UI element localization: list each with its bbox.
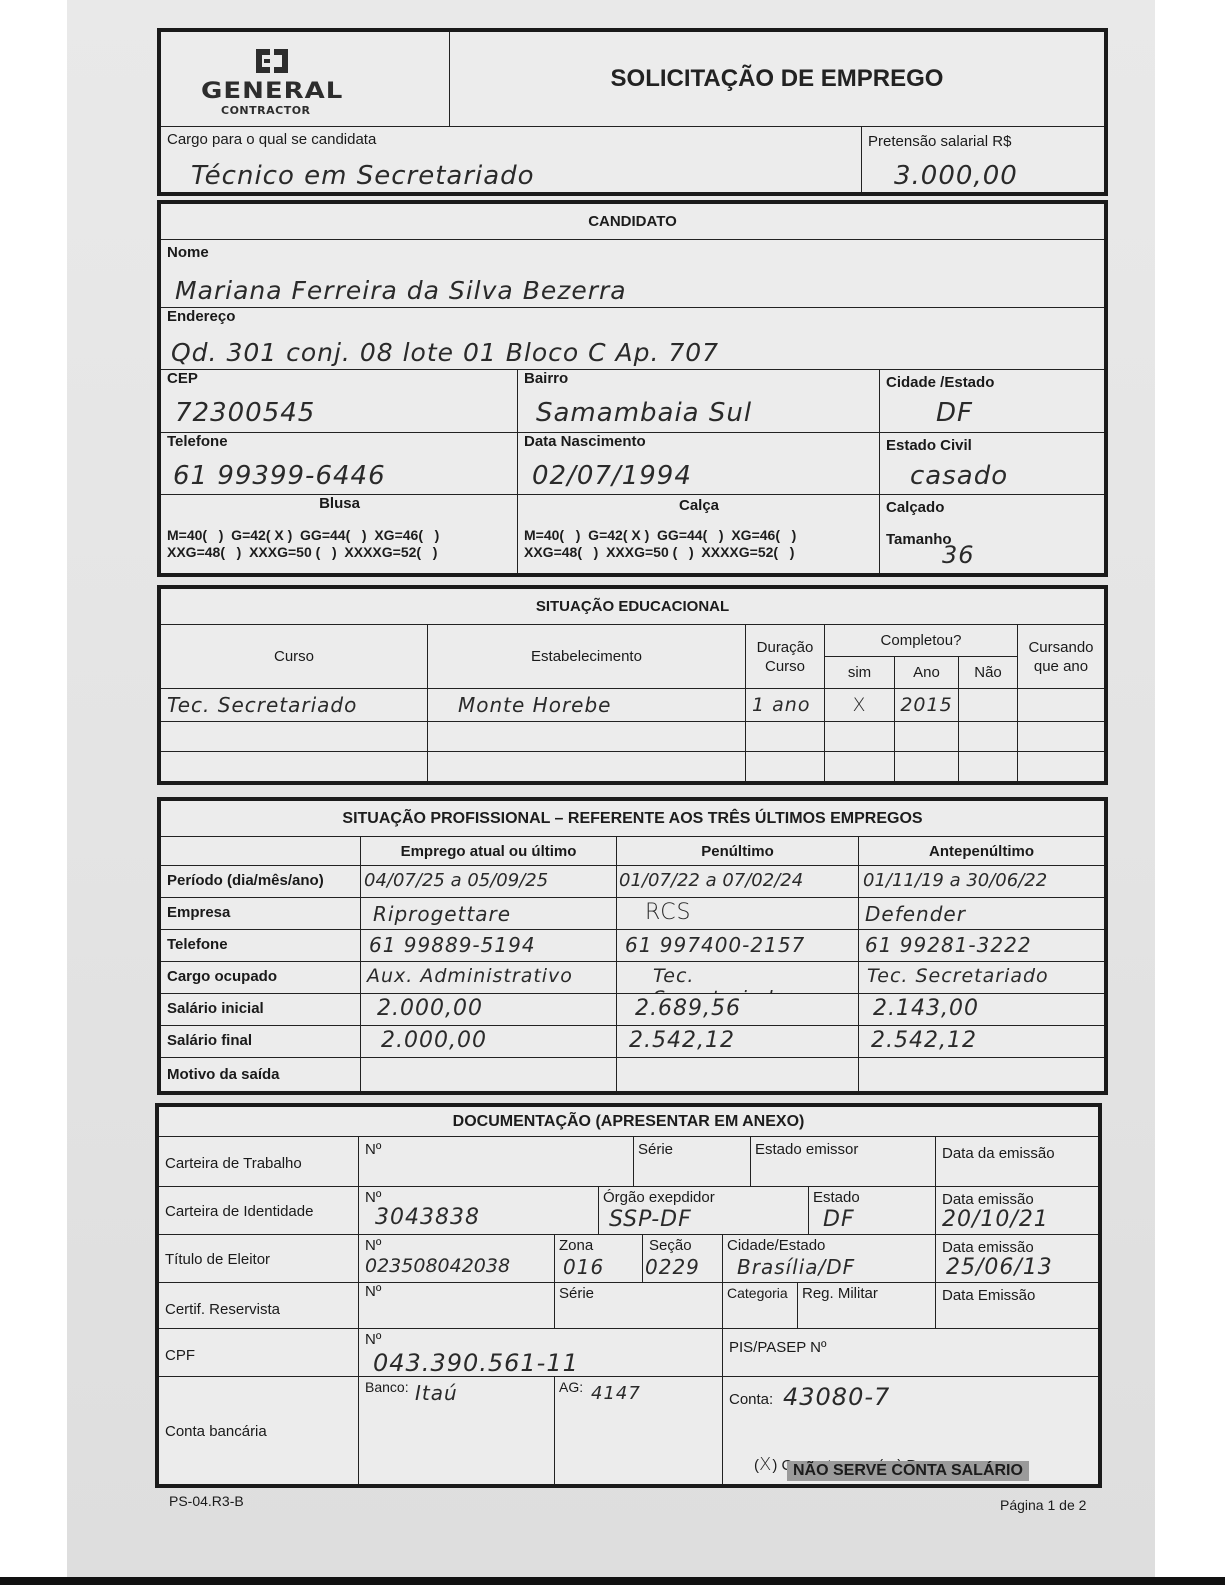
ctps-serie-cell[interactable]: Série: [634, 1137, 751, 1187]
banco-value: Itaú: [415, 1381, 458, 1405]
rg-orgao-value: SSP-DF: [609, 1207, 692, 1232]
aviso-conta-salario: NÃO SERVE CONTA SALÁRIO: [787, 1461, 1029, 1481]
tamanho-value: 36: [942, 541, 975, 569]
prof-label-salario-final: Salário final: [161, 1026, 361, 1058]
nascimento-cell[interactable]: Data Nascimento 02/07/1994: [518, 433, 880, 495]
conta-bancaria-label: Conta bancária: [159, 1377, 359, 1484]
edu-row1-sim[interactable]: X: [825, 689, 895, 722]
job3-cargo[interactable]: Tec. Secretariado: [859, 962, 1104, 994]
pretensao-value: 3.000,00: [894, 161, 1018, 191]
cargo-label: Cargo para o qual se candidata: [167, 131, 376, 148]
titulo-data-value: 25/06/13: [946, 1255, 1053, 1280]
blusa-cell[interactable]: Blusa M=40( ) G=42( X ) GG=44( ) XG=46( …: [161, 495, 518, 573]
cpf-label: CPF: [159, 1329, 359, 1377]
reservista-reg-cell[interactable]: Reg. Militar: [798, 1283, 936, 1329]
job1-salario-final[interactable]: 2.000,00: [361, 1026, 617, 1058]
header-ano: Ano: [895, 657, 959, 689]
cep-value: 72300545: [175, 398, 315, 428]
reservista-serie-cell[interactable]: Série: [555, 1283, 723, 1329]
calcado-cell[interactable]: Calçado Tamanho 36: [880, 495, 1104, 573]
cpf-no-value: 043.390.561-11: [373, 1349, 579, 1377]
page-number: Página 1 de 2: [1000, 1497, 1086, 1513]
prof-col-antepenultimo: Antepenúltimo: [859, 837, 1104, 866]
rg-estado-value: DF: [823, 1207, 855, 1232]
job2-telefone[interactable]: 61 997400-2157: [617, 930, 859, 962]
cidade-label: Cidade /Estado: [886, 374, 994, 391]
telefone-label: Telefone: [167, 433, 228, 450]
reservista-categoria-label: Categoria: [727, 1285, 788, 1301]
job3-periodo[interactable]: 01/11/19 a 30/06/22: [859, 866, 1104, 898]
job1-periodo[interactable]: 04/07/25 a 05/09/25: [361, 866, 617, 898]
telefone-cell[interactable]: Telefone 61 99399-6446: [161, 433, 518, 495]
blusa-sizes-line2[interactable]: XXG=48( ) XXXG=50 ( ) XXXXG=52( ): [167, 544, 437, 561]
job2-cargo[interactable]: Tec. Secretariado: [617, 962, 859, 994]
nome-value: Mariana Ferreira da Silva Bezerra: [175, 276, 627, 305]
conta-value: 43080-7: [783, 1383, 890, 1411]
job3-motivo[interactable]: [859, 1058, 1104, 1091]
edu-row3-duracao[interactable]: [746, 752, 825, 781]
agencia-value: 4147: [591, 1383, 641, 1404]
educacao-title: SITUAÇÃO EDUCACIONAL: [161, 589, 1104, 625]
header-estabelecimento: Estabelecimento: [428, 625, 746, 689]
prof-label-salario-inicial: Salário inicial: [161, 994, 361, 1026]
prof-label-motivo: Motivo da saída: [161, 1058, 361, 1091]
edu-row1-curso[interactable]: Tec. Secretariado: [161, 689, 428, 722]
documentacao-section: DOCUMENTAÇÃO (APRESENTAR EM ANEXO) Carte…: [155, 1103, 1102, 1488]
ctps-serie-label: Série: [638, 1141, 673, 1158]
reservista-no-label: Nº: [365, 1283, 381, 1300]
nascimento-label: Data Nascimento: [524, 433, 646, 450]
candidato-title: CANDIDATO: [161, 204, 1104, 240]
edu-row2-nao[interactable]: [959, 722, 1018, 752]
header-completou: Completou?: [825, 625, 1018, 657]
documentacao-title: DOCUMENTAÇÃO (APRESENTAR EM ANEXO): [159, 1107, 1098, 1137]
conta-label: Conta:: [729, 1391, 773, 1408]
calca-label: Calça: [518, 497, 880, 514]
edu-row1-cursando[interactable]: [1018, 689, 1104, 722]
job3-salario-inicial[interactable]: 2.143,00: [859, 994, 1104, 1026]
ctps-no-label: Nº: [365, 1141, 381, 1158]
corrente-checkbox[interactable]: X: [759, 1454, 772, 1475]
prof-label-empresa: Empresa: [161, 898, 361, 930]
candidato-section: CANDIDATO Nome Mariana Ferreira da Silva…: [157, 200, 1108, 577]
titulo-secao-label: Seção: [649, 1237, 692, 1254]
edu-row1-ano[interactable]: 2015: [895, 689, 959, 722]
banco-label: Banco:: [365, 1379, 409, 1395]
edu-row2-curso[interactable]: [161, 722, 428, 752]
prof-corner: [161, 837, 361, 866]
titulo-data-label: Data emissão: [942, 1239, 1034, 1256]
rg-estado-cell[interactable]: Estado DF: [809, 1187, 936, 1235]
rg-no-cell[interactable]: Nº 3043838: [359, 1187, 599, 1235]
header-cursando: Cursando que ano: [1018, 625, 1104, 689]
job2-motivo[interactable]: [617, 1058, 859, 1091]
titulo-secao-cell[interactable]: Seção 0229: [643, 1235, 723, 1283]
title-cell: SOLICITAÇÃO DE EMPREGO: [450, 32, 1104, 127]
logo-subname: CONTRACTOR: [221, 104, 311, 117]
rg-orgao-cell[interactable]: Órgão exepdidor SSP-DF: [599, 1187, 809, 1235]
edu-row2-ano[interactable]: [895, 722, 959, 752]
logo-cell: GENERAL CONTRACTOR: [161, 32, 450, 127]
edu-row3-cursando[interactable]: [1018, 752, 1104, 781]
banco-cell[interactable]: Banco: Itaú: [359, 1377, 555, 1484]
edu-row1-duracao[interactable]: 1 ano: [746, 689, 825, 722]
header-curso: Curso: [161, 625, 428, 689]
edu-row3-ano[interactable]: [895, 752, 959, 781]
edu-row2-cursando[interactable]: [1018, 722, 1104, 752]
titulo-no-value: 023508042038: [365, 1255, 510, 1277]
reservista-no-cell[interactable]: Nº: [359, 1283, 555, 1329]
cidade-cell[interactable]: Cidade /Estado DF: [880, 370, 1104, 433]
cep-cell[interactable]: CEP 72300545: [161, 370, 518, 433]
edu-row3-sim[interactable]: [825, 752, 895, 781]
conta-cell[interactable]: Conta: 43080-7 (X) Corrente ------ ( ) P…: [723, 1377, 1098, 1484]
profissional-section: SITUAÇÃO PROFISSIONAL – REFERENTE AOS TR…: [157, 797, 1108, 1095]
header-sim: sim: [825, 657, 895, 689]
pretensao-cell[interactable]: Pretensão salarial R$ 3.000,00: [862, 127, 1104, 192]
job3-telefone[interactable]: 61 99281-3222: [859, 930, 1104, 962]
edu-row2-estabelecimento[interactable]: [428, 722, 746, 752]
ctps-data-label: Data da emissão: [942, 1145, 1055, 1162]
calcado-label: Calçado: [886, 499, 944, 516]
bairro-value: Samambaia Sul: [536, 398, 752, 428]
job2-salario-inicial[interactable]: 2.689,56: [617, 994, 859, 1026]
estado-civil-value: casado: [910, 461, 1008, 491]
titulo-no-label: Nº: [365, 1237, 381, 1254]
endereco-cell[interactable]: Endereço Qd. 301 conj. 08 lote 01 Bloco …: [161, 308, 1104, 370]
nome-label: Nome: [167, 244, 209, 261]
estado-civil-label: Estado Civil: [886, 437, 972, 454]
edu-row3-estabelecimento[interactable]: [428, 752, 746, 781]
ctps-data-cell[interactable]: Data da emissão: [936, 1137, 1098, 1187]
nome-cell[interactable]: Nome Mariana Ferreira da Silva Bezerra: [161, 240, 1104, 308]
edu-row2-sim[interactable]: [825, 722, 895, 752]
rg-no-value: 3043838: [375, 1205, 480, 1230]
telefone-value: 61 99399-6446: [173, 461, 386, 491]
calca-cell[interactable]: Calça M=40( ) G=42( X ) GG=44( ) XG=46( …: [518, 495, 880, 573]
endereco-value: Qd. 301 conj. 08 lote 01 Bloco C Ap. 707: [171, 338, 719, 367]
job1-salario-inicial[interactable]: 2.000,00: [361, 994, 617, 1026]
rg-data-cell[interactable]: Data emissão 20/10/21: [936, 1187, 1098, 1235]
titulo-cidade-value: Brasília/DF: [737, 1255, 855, 1279]
reservista-reg-label: Reg. Militar: [802, 1285, 878, 1302]
titulo-zona-label: Zona: [559, 1237, 593, 1254]
calca-sizes-line2[interactable]: XXG=48( ) XXXG=50 ( ) XXXXG=52( ): [524, 544, 794, 561]
form-code: PS-04.R3-B: [169, 1493, 244, 1509]
titulo-secao-value: 0229: [645, 1255, 700, 1279]
estado-civil-cell[interactable]: Estado Civil casado: [880, 433, 1104, 495]
rg-orgao-label: Órgão exepdidor: [603, 1189, 715, 1206]
rg-no-label: Nº: [365, 1189, 381, 1206]
agencia-cell[interactable]: AG: 4147: [555, 1377, 723, 1484]
form-title: SOLICITAÇÃO DE EMPREGO: [611, 65, 944, 93]
cep-label: CEP: [167, 370, 198, 387]
reservista-data-cell[interactable]: Data Emissão: [936, 1283, 1098, 1329]
ctps-no-cell[interactable]: Nº: [359, 1137, 634, 1187]
agencia-label: AG:: [559, 1379, 583, 1395]
titulo-cidade-label: Cidade/Estado: [727, 1237, 825, 1254]
job3-salario-final[interactable]: 2.542,12: [859, 1026, 1104, 1058]
job2-periodo[interactable]: 01/07/22 a 07/02/24: [617, 866, 859, 898]
job1-telefone[interactable]: 61 99889-5194: [361, 930, 617, 962]
profissional-title: SITUAÇÃO PROFISSIONAL – REFERENTE AOS TR…: [161, 801, 1104, 837]
nascimento-value: 02/07/1994: [532, 461, 692, 491]
bairro-label: Bairro: [524, 370, 568, 387]
prof-label-telefone: Telefone: [161, 930, 361, 962]
titulo-label: Título de Eleitor: [159, 1235, 359, 1283]
prof-label-periodo: Período (dia/mês/ano): [161, 866, 361, 898]
titulo-cidade-cell[interactable]: Cidade/Estado Brasília/DF: [723, 1235, 936, 1283]
edu-row1-nao[interactable]: [959, 689, 1018, 722]
logo-name: GENERAL: [201, 78, 343, 104]
blusa-sizes-line1[interactable]: M=40( ) G=42( X ) GG=44( ) XG=46( ): [167, 527, 439, 544]
rg-data-label: Data emissão: [942, 1191, 1034, 1208]
prof-col-atual: Emprego atual ou último: [361, 837, 617, 866]
scan-edge: [0, 1577, 1225, 1585]
calca-sizes-line1[interactable]: M=40( ) G=42( X ) GG=44( ) XG=46( ): [524, 527, 796, 544]
job1-motivo[interactable]: [361, 1058, 617, 1091]
ctps-estado-cell[interactable]: Estado emissor: [751, 1137, 936, 1187]
job2-salario-final[interactable]: 2.542,12: [617, 1026, 859, 1058]
prof-col-penultimo: Penúltimo: [617, 837, 859, 866]
ctps-label: Carteira de Trabalho: [159, 1137, 359, 1187]
cargo-value: Técnico em Secretariado: [191, 161, 535, 191]
rg-estado-label: Estado: [813, 1189, 860, 1206]
reservista-serie-label: Série: [559, 1285, 594, 1302]
prof-label-cargo: Cargo ocupado: [161, 962, 361, 994]
cpf-no-label: Nº: [365, 1331, 381, 1348]
rg-data-value: 20/10/21: [942, 1207, 1049, 1232]
rg-label: Carteira de Identidade: [159, 1187, 359, 1235]
edu-row3-nao[interactable]: [959, 752, 1018, 781]
endereco-label: Endereço: [167, 308, 235, 325]
job1-empresa[interactable]: Riprogettare: [361, 898, 617, 930]
edu-row2-duracao[interactable]: [746, 722, 825, 752]
titulo-no-cell[interactable]: Nº 023508042038: [359, 1235, 555, 1283]
edu-row3-curso[interactable]: [161, 752, 428, 781]
pretensao-label: Pretensão salarial R$: [868, 133, 1011, 150]
cargo-cell[interactable]: Cargo para o qual se candidata Técnico e…: [161, 127, 862, 192]
header-nao: Não: [959, 657, 1018, 689]
reservista-categoria-cell[interactable]: Categoria: [723, 1283, 798, 1329]
job1-cargo[interactable]: Aux. Administrativo: [361, 962, 617, 994]
header-duracao: Duração Curso: [746, 625, 825, 689]
blusa-label: Blusa: [161, 495, 518, 512]
header-section: GENERAL CONTRACTOR SOLICITAÇÃO DE EMPREG…: [157, 28, 1108, 196]
reservista-label: Certif. Reservista: [159, 1283, 359, 1329]
bairro-cell[interactable]: Bairro Samambaia Sul: [518, 370, 880, 433]
pis-label: PIS/PASEP Nº: [729, 1339, 826, 1356]
educacao-section: SITUAÇÃO EDUCACIONAL Curso Estabelecimen…: [157, 585, 1108, 785]
cidade-value: DF: [936, 398, 973, 428]
job3-empresa[interactable]: Defender: [859, 898, 1104, 930]
pis-cell[interactable]: PIS/PASEP Nº: [723, 1329, 1098, 1377]
titulo-zona-value: 016: [563, 1255, 604, 1279]
ctps-estado-label: Estado emissor: [755, 1141, 858, 1158]
titulo-zona-cell[interactable]: Zona 016: [555, 1235, 643, 1283]
logo-mark-icon: [254, 47, 290, 75]
job2-empresa[interactable]: RCS: [617, 898, 859, 930]
reservista-data-label: Data Emissão: [942, 1287, 1035, 1304]
edu-row1-estabelecimento[interactable]: Monte Horebe: [428, 689, 746, 722]
cpf-no-cell[interactable]: Nº 043.390.561-11: [359, 1329, 723, 1377]
titulo-data-cell[interactable]: Data emissão 25/06/13: [936, 1235, 1098, 1283]
